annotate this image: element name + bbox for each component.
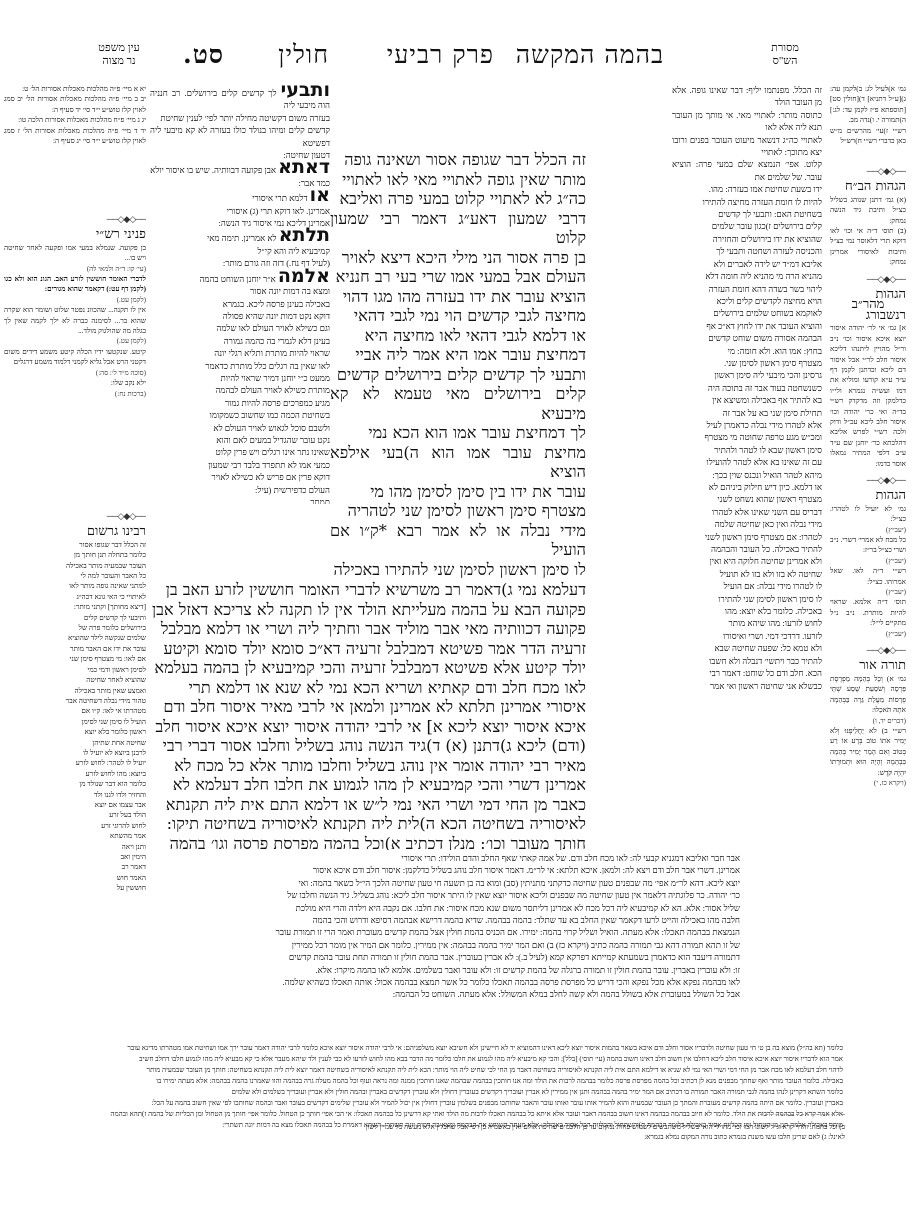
hagahot-bach-note: (ב) תוס׳ ד״ה אי וכו׳ לאו דוקא תרי דלאוסר… [830, 226, 906, 268]
rashi-line: חלבה מהו באכילה והייט לרעו דקאמר שאין הח… [150, 914, 740, 926]
rabbenu-gershom-line: אמר מהשתא [4, 831, 146, 841]
rabbenu-gershom-line: מטהרתו אי לאו: ק״ו אם [4, 706, 146, 716]
ein-mishpat-note: יג ג מיי׳ פ״ח מהלכות מאכלות אסורות הלכה … [4, 115, 146, 125]
ein-mishpat-note: יא א מיי׳ פ״ה מהלכות מאכלות אסורות הל׳ ט… [4, 84, 146, 94]
rashi-line: קלוט. אפי׳ הנמצא שלם במעי פרה: הוציא עוב… [672, 158, 822, 183]
rabbenu-gershom-line: והחזיר ולדו לגנו ולד [4, 790, 146, 800]
rashi-line: אמרינן. דשרי אבר חלב ודם ויצא לה: ולמאן.… [150, 864, 740, 876]
rashi-line: שהוציא את ידו בירושלים והחזירה [672, 233, 822, 245]
tosafot-dibbur-hamatchil: ותבעי [281, 84, 330, 101]
hagahot-ref: (יעב״ץ) [830, 556, 906, 566]
tosafot-line: שאינו נתר אינו רגלים ויש פרין קלוט [150, 446, 330, 458]
rashi-line: לו סימן ראשון לסימן שני להתירו [672, 593, 822, 605]
rashi-line: ולא טמא כל: שפעה שחיטה שבא [672, 642, 822, 654]
hagahot-note: תוס׳ ד״ה אלמא. שראוי להיות מותרת. נ״ב נ״… [830, 597, 906, 628]
rabbenu-gershom-line: שהוציא לאחר שחיטה [4, 675, 146, 685]
rabbenu-gershom-line: טהור מידי נבלה דשחיטה אבר [4, 696, 146, 706]
rashi-line: להתיר באכילה. כל העובר והבהמה [672, 543, 822, 555]
rabbenu-gershom-line: כל האבר והעובר למה לי [4, 571, 146, 581]
rashi-line: כשנשחטה בעוד אבר זה בתוכה היה [672, 382, 822, 394]
rabbenu-gershom-title: רבינו גרשום [4, 527, 146, 537]
gemara-line: לו סימן ראשון לסימן שני להתירו באכילה [330, 560, 586, 580]
tosafot-line: ומצא בה דמות יונה אסור [150, 285, 330, 297]
gemara-text: זה הכלל דבר שגופה אסור ושאינה גופהמותר ש… [330, 150, 586, 580]
peninei-rashi-title: פניני רש״י [4, 230, 146, 240]
rabbenu-gershom-line: כלומר בתחלה תנן חותך מן [4, 550, 146, 560]
rabbenu-gershom-line: [דיצא מחותך] וקתני מותר: [4, 602, 146, 612]
ornament-divider: ──◇◆◇── [4, 214, 146, 224]
tosafot-line: ממעט כ״י יוחנן דמיר שראוי להיות [150, 372, 330, 384]
rashi-line: מיהא לטהר הואיל ונכנס שוין בכך: [672, 469, 822, 481]
gemara-line: זרעיה הדר אמר פשיטא דמבלבל זרעיה דא״כ סו… [150, 639, 586, 659]
rashi-line: עם זה שאינו בא אלא לטהר להועילו [672, 456, 822, 468]
rashi-line: תחילת סימן שני בא על אבר זה [672, 407, 822, 419]
rabbenu-gershom-line: האמר חוש [4, 873, 146, 883]
rabbenu-gershom-line: למתני שאינה גופה מותר לאו [4, 581, 146, 591]
torah-or-ref: (דברים יד, ו) [830, 716, 906, 726]
rabbenu-gershom-line: הימין ואב [4, 852, 146, 862]
rashi-line: קלים בירושלים ז)כגון עובר שלמים [672, 220, 822, 232]
tosafot-lead: ותבעי לך קדשים קלים בירושלים. רב חנניה ה… [150, 84, 330, 112]
rashi-line: אליבא דמ״ד יש לידה לאברים ולא [672, 258, 822, 270]
gemara-text-wide: דעלמא נמי ג)דאמר רב משרשיא לדברי האומר ח… [150, 580, 586, 850]
gemara-line: מאיר רבי יהודה אומר אין נוהג בשליל וחלבו… [150, 756, 586, 776]
tosafot-line: כמעי אמו לא תתפרד בלבד רבי שמעון [150, 459, 330, 471]
rashi-line: להיות לו חומת העזרה מחיצה להתירו [672, 196, 822, 208]
masoret-note: גמ׳ א)לעיל לג: ב)לקמן עה: ג)[ע״ל דתניא] … [830, 84, 906, 126]
tosafot-commentary: ותבעי לך קדשים קלים בירושלים. רב חנניה ה… [150, 84, 330, 504]
gemara-line: זה הכלל דבר שגופה אסור ושאינה גופה [330, 150, 586, 170]
gemara-line: כה״ג לא לאתויי קלוט במעי פרה ואליבא [330, 189, 586, 209]
daf-number: סט. [183, 40, 224, 70]
rashi-line: לאו מבהמה נפקא אלא מכל נפקא והכי דריש כל… [150, 976, 740, 988]
gemara-line: מותר שאין גופה לאתויי מאי לאו לאתויי [330, 170, 586, 190]
gemara-line: מחיצת עובר אמו הוא ה)בעי אילפא הוציא [330, 443, 586, 482]
hagahot-title: הגהות [830, 491, 906, 501]
gemara-line: אמרינן דשרי והכי קמיבעיא לן מהו לגמוע את… [150, 775, 586, 795]
rashi-line: דבריס עם השני שאינו אלא לטהרו [672, 506, 822, 518]
gemara-line: לאו מכח חלב ודם קאתיא ושריא הכא נמי לא ש… [150, 678, 586, 698]
gemara-line: מידי נבלה או לא אמר רבא *ק״ו אם הועיל [330, 521, 586, 560]
rashi-line: כתוסה מותר: לאתויי מאי. אי מותך מן העובר… [672, 109, 822, 134]
hagahot-bach-note: (א) גמ׳ דתנן שנוהג בשליל כצ״ל ותיבת גיד … [830, 195, 906, 226]
gemara-line: (ודם) ליכא ג)דתנן (א) ד)גיד הנשה נוהג בש… [150, 736, 586, 756]
rashi-line: מהניא הרה מי מהניא ליה חומה דלא [672, 270, 822, 282]
footer-commentary: כלומר (תא בה״ל) מוצא בה בן ט׳ חי טעון שח… [8, 1043, 843, 1131]
rabbenu-gershom-line: אם לאו: מי מצטרף סימן שני [4, 654, 146, 664]
rabbenu-gershom-line: אבר עצמו אם יוצא [4, 800, 146, 810]
rabbenu-gershom-line: עובר את ידו אם האבר מותר [4, 644, 146, 654]
rabbenu-gershom-line: חוששין על [4, 883, 146, 893]
rashi-line: סימן ראשון שבא לו לטהר ולהתיר [672, 444, 822, 456]
tosafot-line: וגם כשילא לאויר העולם לאו שלמה [150, 322, 330, 334]
footer-line: כלומר (תא בה״ל) מוצא בה בן ט׳ חי טעון שח… [8, 1043, 843, 1054]
ornament-divider: ──◇◆◇── [830, 166, 906, 176]
rabbenu-gershom-line: לחוש להרוגי זרע [4, 821, 146, 831]
perek-name: בהמה המקשה [516, 40, 664, 70]
gemara-line: כאבר מן החי דמי ושרי האי נמי ל״ש או דלמא… [150, 795, 586, 815]
tosafot-line: לאו שאין בה רגלים כלל מותרת כדאמר [150, 360, 330, 372]
gemara-line: לך דמחיצת עובר אמו הוא הכא נמי [330, 423, 586, 443]
masoret-note: רש״י ז)עי׳ מהרש״ם מ״ש כאן כדברי רש״י ח)ר… [830, 126, 906, 147]
rashi-line: אלא לטהרו מידי נבלה כדאמרן לעיל [672, 419, 822, 431]
rashi-line: מצטרף ראשון שהוא נשחט לשני [672, 493, 822, 505]
rabbenu-gershom-line: הועיל לו סימן שני לסימן [4, 717, 146, 727]
tosafot-dibbur-hamatchil: דאתא [278, 156, 330, 178]
gemara-line: או דלמא לגבי דהאי לאו מחיצה היא [330, 326, 586, 346]
rashi-lines: זה הכלל. מפנתמו יליף: דבר שאינו גופה. אל… [672, 84, 822, 692]
rashi-line: הבהמה אסורה משום שוחט קדשים [672, 332, 822, 344]
tosafot-line: דוקא פרין אם פריש לא כשילא לאויר [150, 471, 330, 483]
footer-line: לדהוי חלב דעלמא לאו מכח אבר מן החי דמי ו… [8, 1065, 843, 1076]
rabbenu-gershom-line: לאיתויי כי האי גונא דכה״ג [4, 592, 146, 602]
rashi-line: לזרעו. דרדכי דמי. ושרי ואיסורו [672, 630, 822, 642]
rashi-line: ומכ״ש מגע טרפה שחוטה מי מצטרף [672, 431, 822, 443]
tosafot-dibbur-hamatchil: או [310, 184, 330, 206]
rabbenu-gershom-line: ביוצא: מהו לחוש לזרע [4, 769, 146, 779]
footer-line: באברין ועוברין. כלומר אם היתה בהמה קדשים… [8, 1098, 843, 1109]
torah-or-ref: (ויקרא כז, י) [830, 778, 906, 788]
tosafot-line: בעינן דלא לגמרי בה כהמה גמורה [150, 335, 330, 347]
torah-or-note: גמ׳ א) וְכָל בְּהֵמָה מַפְרֶסֶת פַּרְסָה… [830, 674, 906, 716]
rashi-line: שליל אסור: אלא. הא לא קמיבעיא ליה דכל מכ… [150, 902, 740, 914]
torah-or-note: רש״י ב) לֹא יַחֲלִיפֶנּוּ וְלֹא יָמִיר א… [830, 726, 906, 778]
maharav-note: א] גמ׳ אי לר׳ יהודה איסור יוצא איכא איסו… [830, 323, 906, 469]
rashi-line: לאוקמא בשוחט שלמים בירושלים [672, 307, 822, 319]
ornament-divider: ──◇◆◇── [830, 645, 906, 655]
tosafot-line: העולם כדפירשית (עיל: [150, 484, 330, 496]
footer-line: כלומר השתא דקרינן לנהו בהמה לגבי תמורה ה… [8, 1087, 843, 1098]
rashi-line: שחיטה לא בזו ולא בזו לא תועיל [672, 568, 822, 580]
tosafot-dibbur-hamatchil: תלתא [279, 224, 330, 246]
gemara-line: מחיצה לגבי קדשים הוי נמי לגבי דהאי [330, 306, 586, 326]
page-header: מסורת הש"ס בהמה המקשה פרק רביעי חולין סט… [0, 40, 914, 90]
tosafot-line: שראוי להיות מותרת ותליא רגלי יונה [150, 347, 330, 359]
rabbenu-gershom-line: יועיל לו לטהר: לחוש לזרע [4, 758, 146, 768]
rabbenu-gershom-line: הולד בעל זרע [4, 810, 146, 820]
rashi-line: מידי נבלה ואין כאן שחיטה שלמה [672, 518, 822, 530]
rashi-line: אבל כל השולל במעוברת אלא בשולל בהמה ולא … [150, 988, 740, 1000]
gemara-line: יולד קיטע אלא פשיטא דמבלבל זרעיה והכי קמ… [150, 658, 586, 678]
footer-line: אלא אמר קרא כל בבהמה לרבות את הולד. כלומ… [8, 1109, 843, 1120]
rashi-line: באכילה. כלומר בלא יוצא: מהו [672, 605, 822, 617]
ornament-divider: ──◇◆◇── [830, 274, 906, 284]
tractate-name: חולין [278, 40, 329, 70]
rashi-line: של זו תהא תמורה דהא גבי תמורה בהמה כתיב … [150, 939, 740, 951]
rashi-line: גרסינן והכי מיבעי ליה סימן ראשון [672, 369, 822, 381]
rashi-line: להתיר כבר ויתשי׳ דנבלה ולא חשבו [672, 655, 822, 667]
rabbenu-gershom-column: ──◇◆◇── רבינו גרשום זה הכלל דבר שגופו אס… [4, 505, 146, 1040]
tosafot-line: מגיע כמפרכים פרסה להיות גמור [150, 397, 330, 409]
rabbenu-gershom-line: ראשון כלומר בלא יוצא [4, 727, 146, 737]
rashi-line: אבר חבר ואליבא דמגניא קבעי לה: לאו מכח ח… [150, 852, 740, 864]
rashi-commentary: זה הכלל. מפנתמו יליף: דבר שאינו גופה. אל… [672, 84, 822, 854]
hagahot-note: כל מבח לא אמרי׳ דשרי. נ״ב ושרי כצ״ל בר״ז… [830, 535, 906, 556]
rashi-line: ליהוי בשר בשדה דהא חומת העזרה [672, 283, 822, 295]
rabbenu-gershom-line: שחיטה אחת שתיהן [4, 738, 146, 748]
tosafot-line: באכילה בעינן פרסה ליכא. בגמרא [150, 298, 330, 310]
rashi-line: לחוש לזרעו: מהו שיהא מותר [672, 617, 822, 629]
rashi-line: יוצא ליכא. דהא לר״מ אפי׳ מה שבפנים טעון … [150, 877, 740, 889]
rashi-line: והוציא העובר את ידו לחוץ דא״כ אף [672, 320, 822, 332]
tosafot-dibbur-hamatchil: אלמה [278, 265, 330, 287]
rabbenu-gershom-line: שלמים שנקשה לילד שהוציא [4, 633, 146, 643]
rashi-line: כבשלא אני שחיטה ראשון ואי אמר [672, 680, 822, 692]
rabbenu-gershom-line: זה הכלל דבר שגופו אסור [4, 540, 146, 550]
gemara-line: מצטרף סימן ראשון לסימן שני לטהריה [330, 501, 586, 521]
rashi-line: מצטרף סימן ראשון לסימן שני. [672, 357, 822, 369]
rabbenu-gershom-line: דאמר רב [4, 862, 146, 872]
rabbenu-gershom-line: ותנן ויאה [4, 842, 146, 852]
tosafot-line: מותרת כשילא לאויר העולם לבהמה [150, 384, 330, 396]
gemara-line: איסורי אמרינן תלתא לא אמרינן ולמאן אי לר… [150, 697, 586, 717]
rashi-line: הויא מחיצה לקדשים קלים וליכא [672, 295, 822, 307]
maharav-title: הגהות מהר״ב רנשבורג [830, 290, 906, 321]
ein-mishpat-note: יב ב מיי׳ פ״ה מהלכות מאכלות אסורות הל׳ י… [4, 94, 146, 115]
rabbenu-gershom-line: בירושלים כלומר פרה של [4, 623, 146, 633]
gemara-line: דעלמא נמי ג)דאמר רב משרשיא לדברי האומר ח… [150, 580, 586, 600]
gemara-line: העולם אבל במעי אמו שרי בעי רב חנניא [330, 267, 586, 287]
rashi-line: ידו בשעת שחיטת אמו בעזרה: מהו. [672, 183, 822, 195]
tosafot-line: ולשבם סוכל לגאוש לאויר העולם לא [150, 422, 330, 434]
peninei-rashi-column: ──◇◆◇── פניני רש״י בן פקועה. שנמלא במעי … [4, 208, 146, 528]
ornament-divider: ──◇◆◇── [830, 475, 906, 485]
footnote-divider [760, 1114, 845, 1115]
gemara-line: קלים בירושלים מאי טעמא לא קא מיבעיא [330, 384, 586, 423]
rashi-line: ולא אמרינן שחיטה חלוקה היא ואין [672, 555, 822, 567]
rashi-line: הנמצאת בבהמה תאכלו: אלא מעתה. הואיל ושלי… [150, 926, 740, 938]
rashi-line: או דלמא. כיון דיש חילוק ביניהם לא [672, 481, 822, 493]
rabbenu-gershom-line: כלומר הוא דבר שנולד מן [4, 779, 146, 789]
hagahot-note: רש״י ד״ה לאו. שאל אמרוהו. כצ״ל: [830, 566, 906, 587]
gemara-line: פקועה הבא על בהמה מעלייתא הולד אין לו תק… [150, 600, 586, 620]
rabbenu-gershom-line: העובר שבמעיה מותר באכילה [4, 561, 146, 571]
rashi-line: לטהרו: אם מצטרף סימן ראשון לשני [672, 531, 822, 543]
torah-or-title: תורה אור [830, 661, 906, 671]
footer-line: אמר הוא לדבריו איסור יוצא איכא איסור חלב… [8, 1054, 843, 1065]
footer-line: באכילה. כלומר העובר מותר ואף שחתך מבפנים… [8, 1076, 843, 1087]
gemara-line: חותך מעובר וכו׳: מנלן דכתיב א)וכל בהמה מ… [150, 834, 586, 851]
tosafot-line: בשחיטת הכמה כמו שחשוב כשמקומו [150, 409, 330, 421]
rashi-line: כר׳ יהודה. כר פלוגתיה דלאמר אין טעון שחי… [150, 889, 740, 901]
rashi-line: בחוץ: אמו הוא. ולא חומה: מי [672, 345, 822, 357]
rashi-continuation: אבר חבר ואליבא דמגניא קבעי לה: לאו מכח ח… [150, 852, 740, 1042]
tosafot-line: תמתר [150, 496, 330, 504]
hagahot-ref: (יעב״ץ) [830, 525, 906, 535]
hagahot-ref: (יעב״ץ) [830, 587, 906, 597]
tosafot-line: נקט עובר שהגדיל במעים לאם והוא [150, 434, 330, 446]
rashi-line: דתמורה דיעבד הוא כדאמרן בשמעתא קמייתא דפ… [150, 951, 740, 963]
rashi-line: לו לטהרו מידי נבלה: אם הועיל [672, 580, 822, 592]
rabbenu-gershom-line: ואמצע שאין מותר באכילה [4, 686, 146, 696]
rashi-line: בשחיטת האם: ותבעי לך קדשים [672, 208, 822, 220]
right-margin-notes: ──◇◆◇── הגהות הב״ח (א) גמ׳ דתנן שנוהג בש… [830, 160, 906, 880]
rashi-line: זו: ולא עוברין באברין. עובר בהמת חולין ז… [150, 964, 740, 976]
gemara-line: איכא איסור יוצא ליכא א] אי לרבי יהודה אי… [150, 717, 586, 737]
rashi-line: והכניסה לעזרה ושחטה ותבעי לך [672, 245, 822, 257]
gemara-line: לאיסוריה בשחיטה הכא ה)לית ליה תקנתא לאיס… [150, 814, 586, 834]
masoret-hashas-label: מסורת הש"ס [760, 42, 810, 68]
footnotes: ב) וכל בהמה. והדר קרא וג״ל לשונו המ׳ וכו… [360, 1122, 845, 1142]
gemara-line: ותבעי לך קדשים קלים בירושלים קדשים [330, 365, 586, 385]
gemara-line: דמחיצת עובר אמו היא אמר ליה אביי [330, 345, 586, 365]
ein-mishpat-note: יד ד מיי׳ פ״ה מהלכות מאכלות אסורות הל׳ ז… [4, 126, 146, 147]
rashi-line: לאתויי כה״ג דנשאר מיעוט העובר בפנים ורוב… [672, 134, 822, 159]
ornament-divider: ──◇◆◇── [4, 511, 146, 521]
gemara-line: עובר את ידו בין סימן לסימן מהו מי [330, 482, 586, 502]
gemara-line: פקועה דכוותיה מאי אבר מוליד אבר וחתיך לי… [150, 619, 586, 639]
rabbenu-gershom-line: לסימן ראשון ודמי כמי [4, 665, 146, 675]
rashi-line: הכא. חלב ודם כל שוחט: דאמר רבי [672, 667, 822, 679]
hagahot-note: גמ׳ לא יועיל לו לטהרו. כצ״ל: [830, 504, 906, 525]
hagahot-ref: (יעב״ץ) [830, 629, 906, 639]
rashi-line: בא להתיר אף באכילה ומשיצא אין [672, 394, 822, 406]
rabbenu-gershom-line: לרבנן ביוצא לא יועיל לו [4, 748, 146, 758]
perek-number: פרק רביעי [387, 40, 494, 70]
rashi-line: זה הכלל. מפנתמו יליף: דבר שאינו גופה. אל… [672, 84, 822, 109]
tosafot-line: דוקא נקט דמות יונה שהיא פסולה [150, 310, 330, 322]
ein-mishpat-label: עין משפט נר מצוה [84, 42, 154, 68]
gemara-line: בן פרה אסור הני מילי היכא דיצא לאויר [330, 248, 586, 268]
gemara-line: הוציא עובר את ידו בעזרה מהו מגו דהוי [330, 287, 586, 307]
gemara-line: דרבי שמעון דאע״ג דאמר רבי שמעון קלוט [330, 209, 586, 248]
rabbenu-gershom-line: ותיבעי לך קדשים קלים [4, 613, 146, 623]
hagahot-bach-title: הגהות הב״ח [830, 182, 906, 192]
